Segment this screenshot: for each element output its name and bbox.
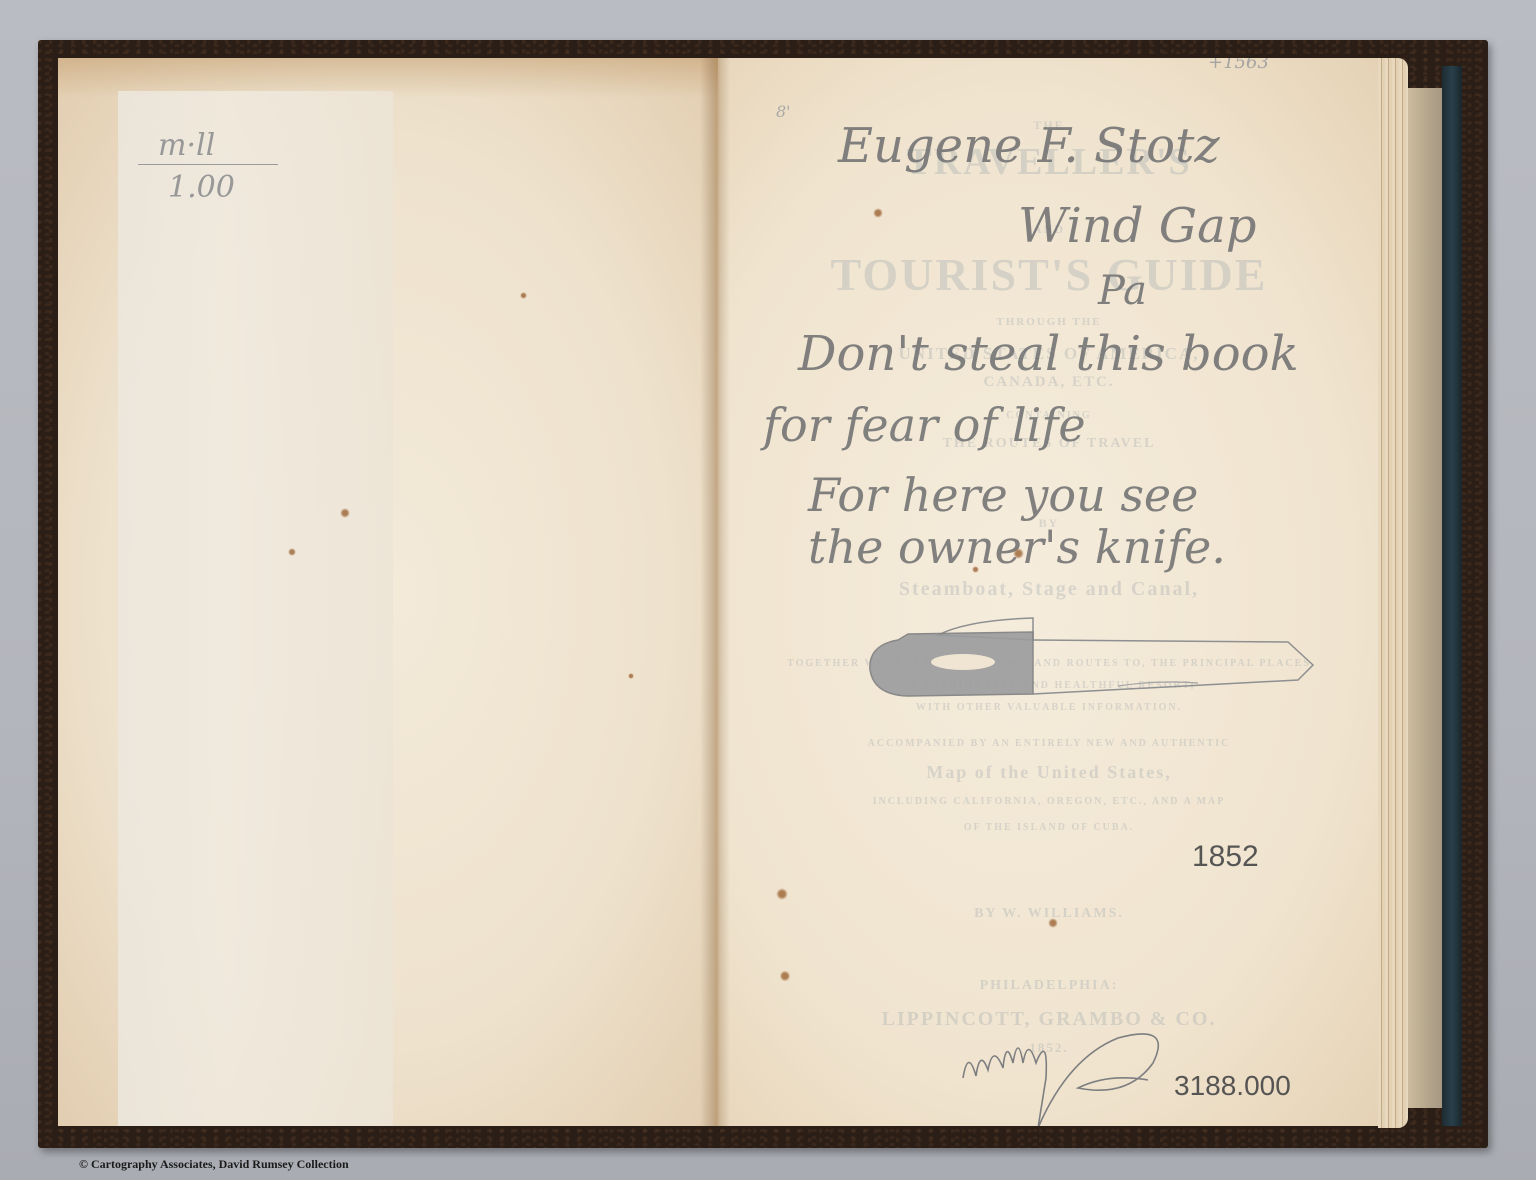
foxing-spot xyxy=(873,208,883,218)
foxing-spot xyxy=(972,566,979,573)
corner-mark: +1563 xyxy=(1208,58,1269,73)
print-line: WITH OTHER VALUABLE INFORMATION. xyxy=(718,702,1380,713)
rhyme-line-3: For here you see xyxy=(808,468,1198,522)
book-gutter xyxy=(700,58,730,1126)
rhyme-line-4: the owner's knife. xyxy=(808,520,1226,574)
print-line: INCLUDING CALIFORNIA, OREGON, ETC., AND … xyxy=(718,796,1380,807)
foxing-spot xyxy=(776,888,788,900)
pencil-note-price: 1.00 xyxy=(168,170,235,205)
knife-drawing-icon xyxy=(868,610,1318,700)
margin-mark: 8' xyxy=(776,102,791,121)
endpaper-edge xyxy=(1408,88,1442,1108)
year-note: 1852 xyxy=(1192,840,1259,874)
foxing-spot xyxy=(628,673,634,679)
owner-place: Wind Gap xyxy=(1018,198,1256,254)
page-block-edge xyxy=(1378,58,1408,1128)
foxing-spot xyxy=(780,970,790,982)
print-line: Map of the United States, xyxy=(718,762,1380,783)
pencil-underline xyxy=(138,164,278,165)
foxing-spot xyxy=(1048,918,1058,928)
cover-board-lining xyxy=(1442,66,1462,1126)
foxing-spot xyxy=(520,292,527,299)
copyright-credit: © Cartography Associates, David Rumsey C… xyxy=(79,1157,349,1172)
print-line: PHILADELPHIA: xyxy=(718,978,1380,994)
signature-scribble-icon xyxy=(958,1018,1188,1126)
print-line: TOURIST'S GUIDE xyxy=(718,248,1380,301)
rhyme-line-1: Don't steal this book xyxy=(798,326,1299,382)
owner-state: Pa xyxy=(1098,268,1147,314)
foxing-spot xyxy=(288,548,296,556)
rhyme-line-2: for fear of life xyxy=(763,398,1086,452)
print-line: Steamboat, Stage and Canal, xyxy=(718,578,1380,601)
pastedown-patch xyxy=(118,91,393,1126)
owner-name: Eugene F. Stotz xyxy=(838,118,1220,174)
print-line: ACCOMPANIED BY AN ENTIRELY NEW AND AUTHE… xyxy=(718,738,1380,749)
right-page-title: THE TRAVELLER'S AND TOURIST'S GUIDE THRO… xyxy=(718,58,1380,1126)
pencil-note-top: m·ll xyxy=(158,128,215,163)
foxing-spot xyxy=(340,508,350,518)
catalog-number: 3188.000 xyxy=(1174,1070,1291,1102)
left-page-endpaper: m·ll 1.00 xyxy=(58,58,718,1126)
foxing-spot xyxy=(1013,548,1024,559)
print-line: OF THE ISLAND OF CUBA. xyxy=(718,822,1380,833)
